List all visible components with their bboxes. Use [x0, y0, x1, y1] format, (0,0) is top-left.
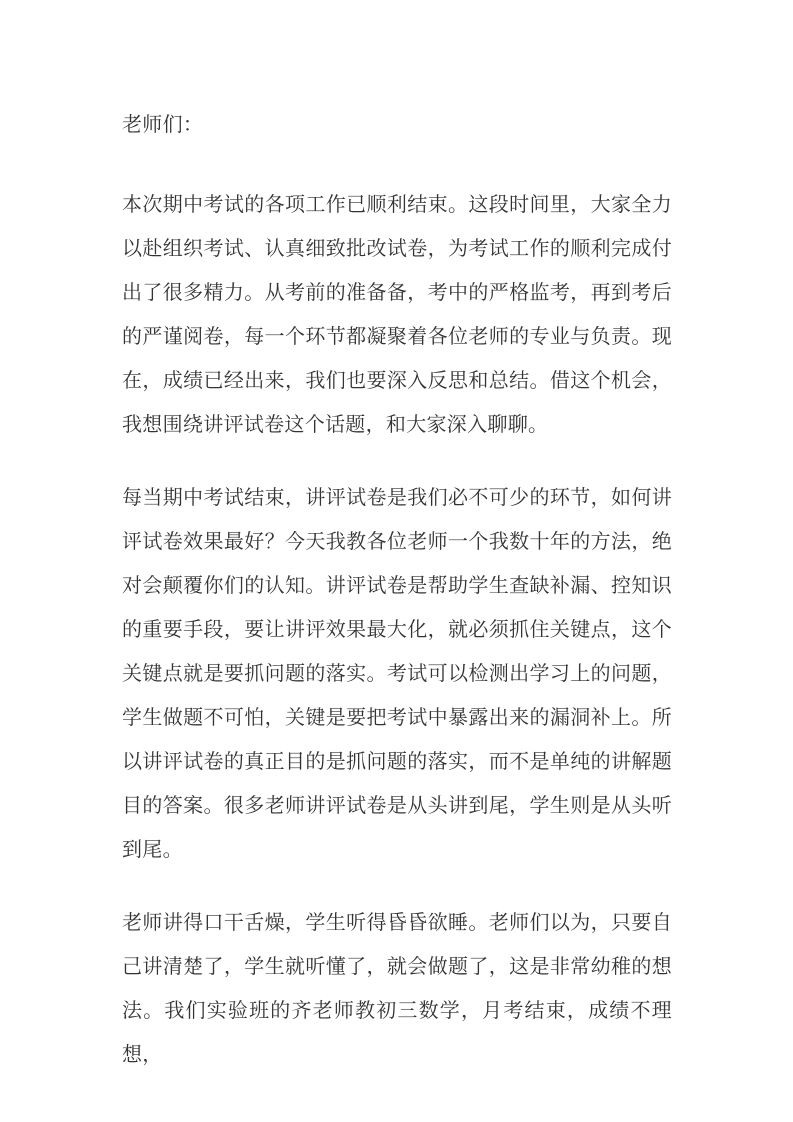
paragraph: 每当期中考试结束，讲评试卷是我们必不可少的环节，如何讲评试卷效果最好？今天我教各…: [122, 476, 672, 872]
paragraph: 本次期中考试的各项工作已顺利结束。这段时间里，大家全力以赴组织考试、认真细致批改…: [122, 183, 672, 447]
salutation: 老师们：: [122, 103, 672, 147]
paragraph: 老师讲得口干舌燥，学生听得昏昏欲睡。老师们以为，只要自己讲清楚了，学生就听懂了，…: [122, 901, 672, 1077]
document-body: 本次期中考试的各项工作已顺利结束。这段时间里，大家全力以赴组织考试、认真细致批改…: [122, 183, 672, 1077]
document-page: 老师们： 本次期中考试的各项工作已顺利结束。这段时间里，大家全力以赴组织考试、认…: [0, 0, 793, 1122]
